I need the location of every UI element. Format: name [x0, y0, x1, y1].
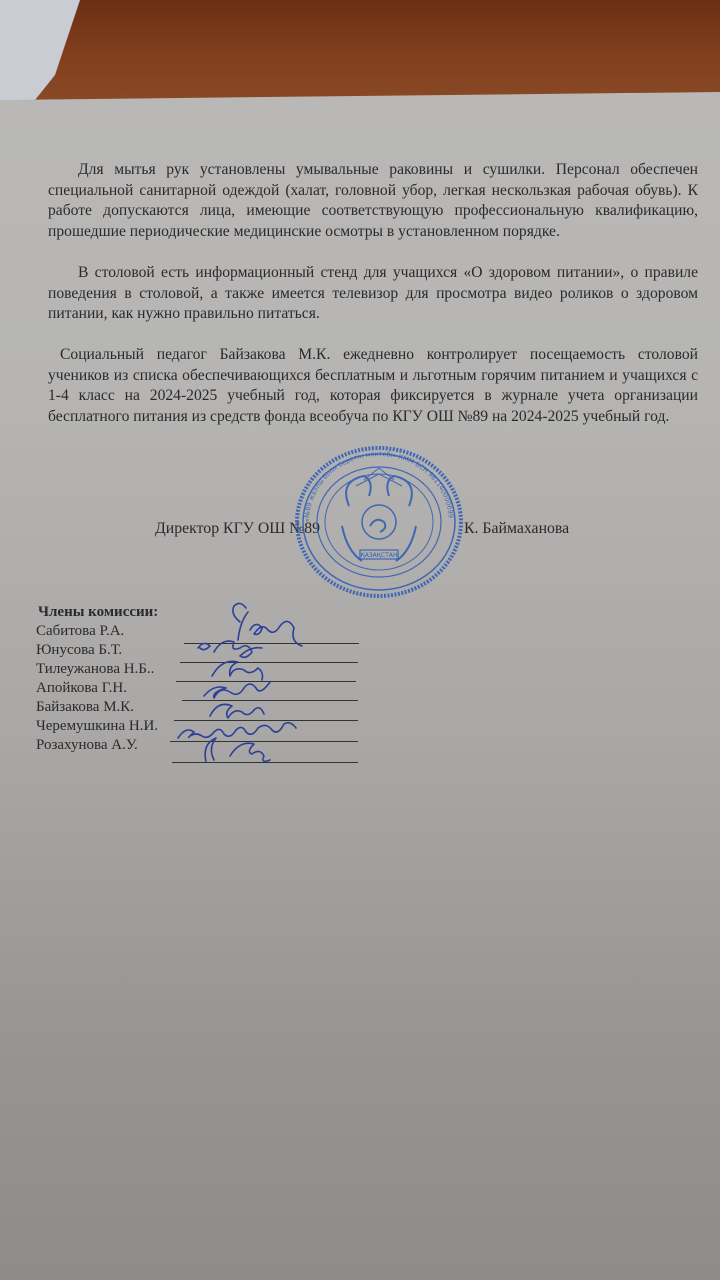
- signature-line: [182, 700, 358, 701]
- member-name: Байзакова М.К.: [36, 699, 134, 716]
- signature-line: [184, 643, 359, 644]
- signature-line: [174, 720, 358, 721]
- member-name: Юнусова Б.Т.: [36, 642, 122, 659]
- member-name: Розахунова А.У.: [36, 737, 138, 754]
- signature-line: [176, 681, 356, 682]
- member-name: Сабитова Р.А.: [36, 623, 124, 640]
- member-name: Тилеужанова Н.Б..: [36, 661, 154, 678]
- director-name: К. Баймаханова: [464, 520, 569, 538]
- member-name: Апойкова Г.Н.: [36, 680, 127, 697]
- member-name: Черемушкина Н.И.: [36, 718, 158, 735]
- paragraph-info-stand: В столовой есть информационный стенд для…: [48, 263, 698, 325]
- signature-line: [170, 741, 358, 742]
- official-stamp-icon: ҚАЗАҚСТАН «№89 жалпы білім беретін мекте…: [294, 446, 464, 598]
- svg-text:ҚАЗАҚСТАН: ҚАЗАҚСТАН: [360, 552, 397, 559]
- paragraph-attendance-control: Социальный педагог Байзакова М.К. ежедне…: [48, 345, 698, 427]
- commission-title: Члены комиссии:: [38, 604, 158, 621]
- signature-line: [172, 762, 358, 763]
- signature-line: [180, 662, 358, 663]
- paragraph-hygiene: Для мытья рук установлены умывальные рак…: [48, 160, 698, 242]
